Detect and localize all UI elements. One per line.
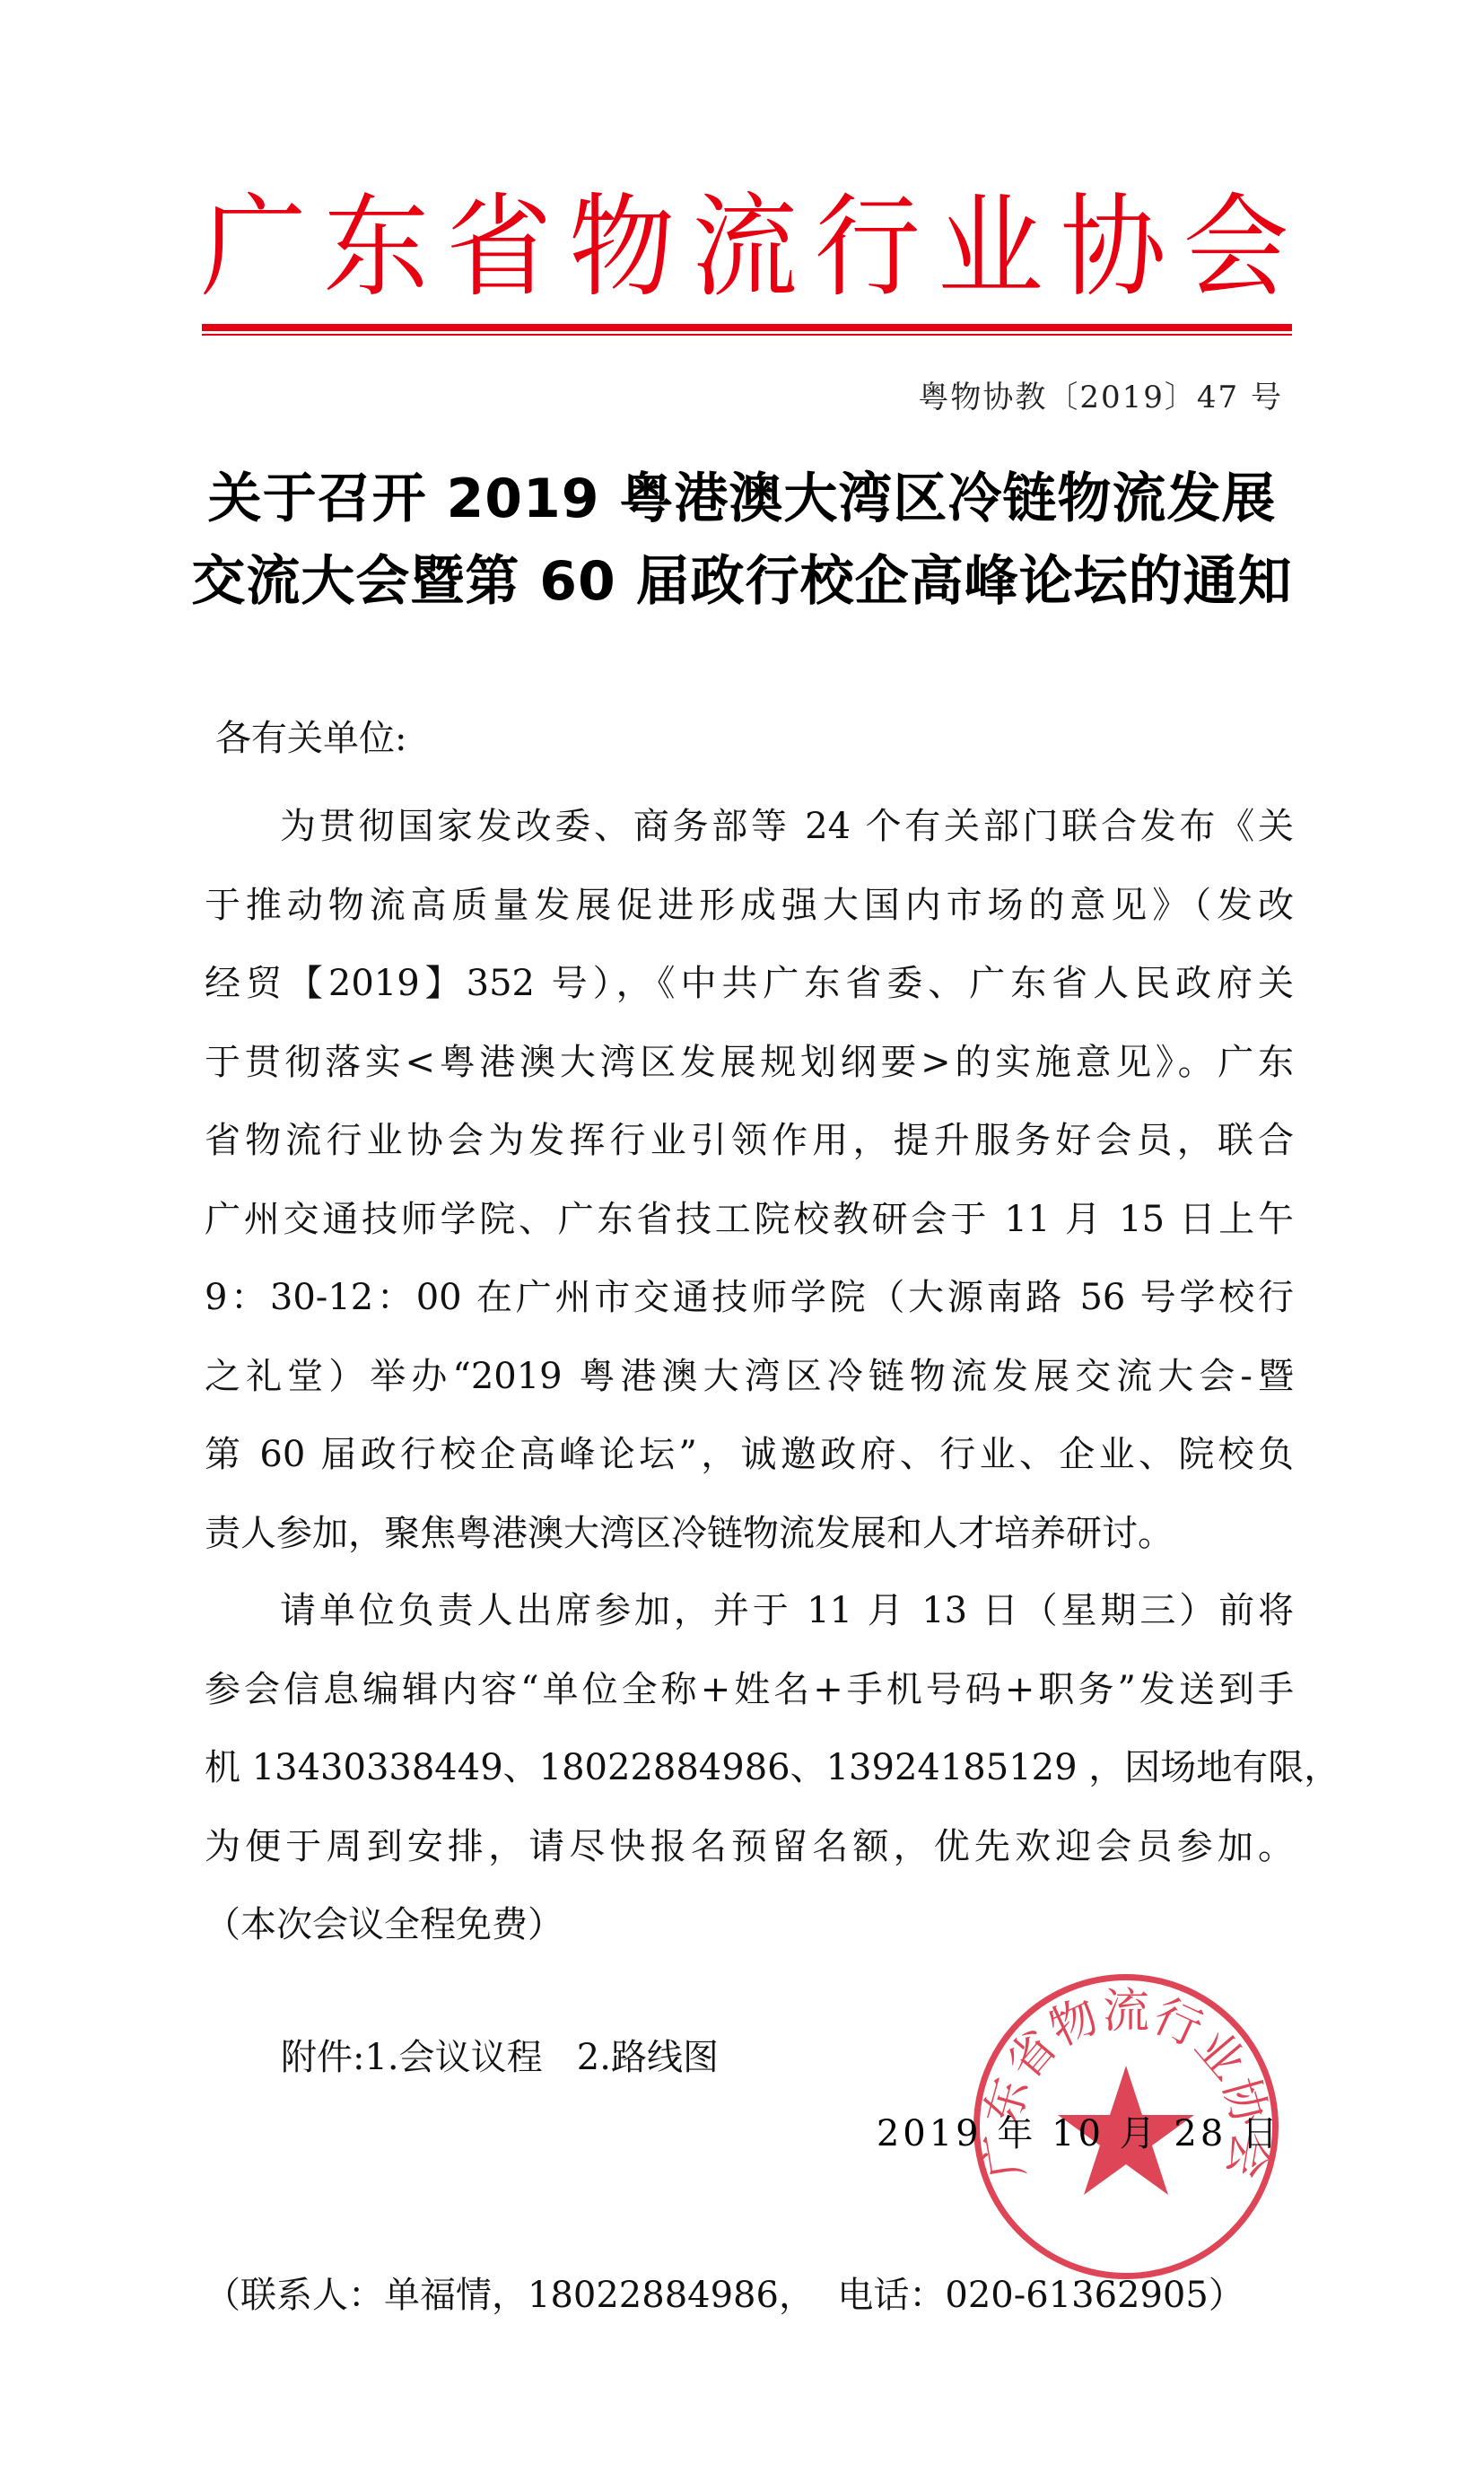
letterhead-char: 省	[443, 181, 555, 313]
document-number: 粤物协教〔2019〕47 号	[918, 375, 1283, 420]
letterhead-divider-thin	[202, 334, 1292, 336]
notice-document-page: 广 东 省 物 流 行 业 协 会 粤物协教〔2019〕47 号 关于召开 20…	[0, 0, 1484, 2473]
body-paragraph-2: 请单位负责人出席参加，并于 11 月 13 日（星期三）前将 参会信息编辑内容“…	[205, 1572, 1294, 1965]
signature-date: 2019 年 10 月 28 日	[877, 2109, 1281, 2159]
body-line: 为贯彻国家发改委、商务部等 24 个有关部门联合发布《关	[205, 788, 1294, 867]
letterhead-char: 业	[934, 181, 1046, 313]
letterhead-org-name: 广 东 省 物 流 行 业 协 会	[197, 181, 1292, 313]
letterhead-char: 行	[811, 181, 923, 313]
body-line: 参会信息编辑内容“单位全称+姓名+手机号码+职务”发送到手	[205, 1651, 1294, 1730]
attachments-list: 附件:1.会议议程 2.路线图	[281, 2032, 719, 2083]
title-line-1: 关于召开 2019 粤港澳大湾区冷链物流发展	[179, 458, 1305, 540]
salutation: 各有关单位:	[215, 713, 406, 764]
letterhead-char: 协	[1057, 181, 1169, 313]
body-paragraph-1: 为贯彻国家发改委、商务部等 24 个有关部门联合发布《关 于推动物流高质量发展促…	[205, 788, 1294, 1573]
title-line-2: 交流大会暨第 60 届政行校企高峰论坛的通知	[179, 540, 1305, 623]
body-line: 请单位负责人出席参加，并于 11 月 13 日（星期三）前将	[205, 1572, 1294, 1651]
body-line: 于贯彻落实<粤港澳大湾区发展规划纲要>的实施意见》。广东	[205, 1024, 1294, 1103]
contact-info: （联系人：单福情，18022884986， 电话：020-61362905）	[205, 2270, 1244, 2320]
body-line: 9：30-12：00 在广州市交通技师学院（大源南路 56 号学校行	[205, 1259, 1294, 1338]
letterhead-char: 流	[689, 181, 801, 313]
letterhead-char: 广	[197, 181, 310, 313]
body-line: 经贸【2019】352 号），《中共广东省委、广东省人民政府关	[205, 945, 1294, 1024]
body-line: 省物流行业协会为发挥行业引领作用，提升服务好会员，联合	[205, 1102, 1294, 1181]
body-line-free-note: （本次会议全程免费）	[205, 1886, 1294, 1965]
letterhead-divider-thick	[202, 324, 1292, 331]
body-line: 于推动物流高质量发展促进形成强大国内市场的意见》（发改	[205, 867, 1294, 946]
document-title: 关于召开 2019 粤港澳大湾区冷链物流发展 交流大会暨第 60 届政行校企高峰…	[179, 458, 1305, 623]
letterhead-char: 东	[320, 181, 432, 313]
body-line: 机 13430338449、18022884986、13924185129 ，因…	[205, 1729, 1294, 1808]
body-line: 第 60 届政行校企高峰论坛”，诚邀政府、行业、企业、院校负	[205, 1416, 1294, 1495]
body-line: 责人参加，聚焦粤港澳大湾区冷链物流发展和人才培养研讨。	[205, 1495, 1294, 1574]
letterhead-char: 物	[566, 181, 678, 313]
body-line: 为便于周到安排，请尽快报名预留名额，优先欢迎会员参加。	[205, 1808, 1294, 1887]
body-line: 广州交通技师学院、广东省技工院校教研会于 11 月 15 日上午	[205, 1181, 1294, 1260]
letterhead-char: 会	[1180, 181, 1292, 313]
body-line: 之礼堂）举办“2019 粤港澳大湾区冷链物流发展交流大会-暨	[205, 1338, 1294, 1417]
